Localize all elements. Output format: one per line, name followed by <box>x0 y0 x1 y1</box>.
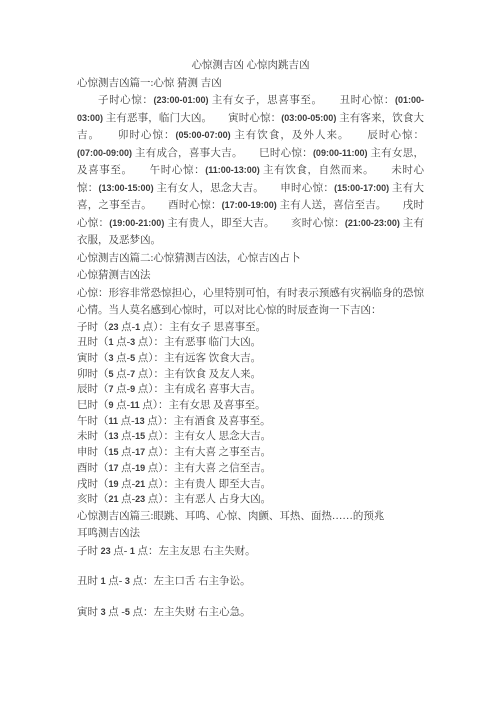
zodiac-item-chen: 辰时（7 点-9 点）：主有成名 喜事大吉。 <box>77 382 424 398</box>
zodiac-item-mao: 卯时（5 点-7 点）：主有饮食 及友人来。 <box>77 367 424 383</box>
zodiac-item-xu: 戌时（19 点-21 点）：主有贵人 即至大吉。 <box>77 477 424 493</box>
zodiac-list: 子时（23 点-1 点）：主有女子 思喜事至。 丑时（1 点-3 点）：主有恶事… <box>77 320 424 508</box>
zodiac-item-chou: 丑时（1 点-3 点）：主有恶事 临门大凶。 <box>77 335 424 351</box>
ear-item-yin: 寅时 3 点 -5 点：左主失财 右主心急。 <box>77 604 424 622</box>
section1-heading: 心惊测吉凶篇一:心惊 猜测 吉凶 <box>77 75 424 93</box>
section2-heading: 心惊测吉凶篇二:心惊猜测吉凶法，心惊吉凶占卜 <box>77 250 424 268</box>
zodiac-item-you: 酉时（17 点-19 点）：主有大喜 之信至吉。 <box>77 461 424 477</box>
zodiac-item-shen: 申时（15 点-17 点）：主有大喜 之事至吉。 <box>77 445 424 461</box>
section2-subheading: 心惊猜测吉凶法 <box>77 267 424 285</box>
section3-subheading: 耳鸣测吉凶法 <box>77 525 424 543</box>
section3-heading: 心惊测吉凶篇三:眼跳、耳鸣、心惊、肉颤、耳热、面热……的预兆 <box>77 508 424 526</box>
section1-paragraph: 子时心惊：(23:00-01:00) 主有女子，思喜事至。 丑时心惊：(01:0… <box>77 92 424 250</box>
zodiac-item-zi: 子时（23 点-1 点）：主有女子 思喜事至。 <box>77 320 424 336</box>
ear-item-zi: 子时 23 点- 1 点：左主友思 右主失财。 <box>77 543 424 561</box>
zodiac-item-wu: 午时（11 点-13 点）：主有酒食 及喜事至。 <box>77 414 424 430</box>
doc-title: 心惊测吉凶 心惊肉跳吉凶 <box>77 57 424 75</box>
ear-ring-list: 子时 23 点- 1 点：左主友思 右主失财。 丑时 1 点- 3 点：左主口舌… <box>77 543 424 622</box>
zodiac-item-wei: 未时（13 点-15 点）：主有女人 思念大吉。 <box>77 429 424 445</box>
document-page: 心惊测吉凶 心惊肉跳吉凶 心惊测吉凶篇一:心惊 猜测 吉凶 子时心惊：(23:0… <box>0 0 500 621</box>
zodiac-item-yin: 寅时（3 点-5 点）：主有远客 饮食大吉。 <box>77 351 424 367</box>
section2-intro: 心惊：形容非常恐惊担心，心里特别可怕，有时表示预感有灾祸临身的恐惊心情。当人莫名… <box>77 285 424 320</box>
zodiac-item-hai: 亥时（21 点-23 点）：主有恶人 占身大凶。 <box>77 492 424 508</box>
zodiac-item-si: 巳时（9 点-11 点）：主有女思 及喜事至。 <box>77 398 424 414</box>
ear-item-chou: 丑时 1 点- 3 点：左主口舌 右主争讼。 <box>77 573 424 591</box>
